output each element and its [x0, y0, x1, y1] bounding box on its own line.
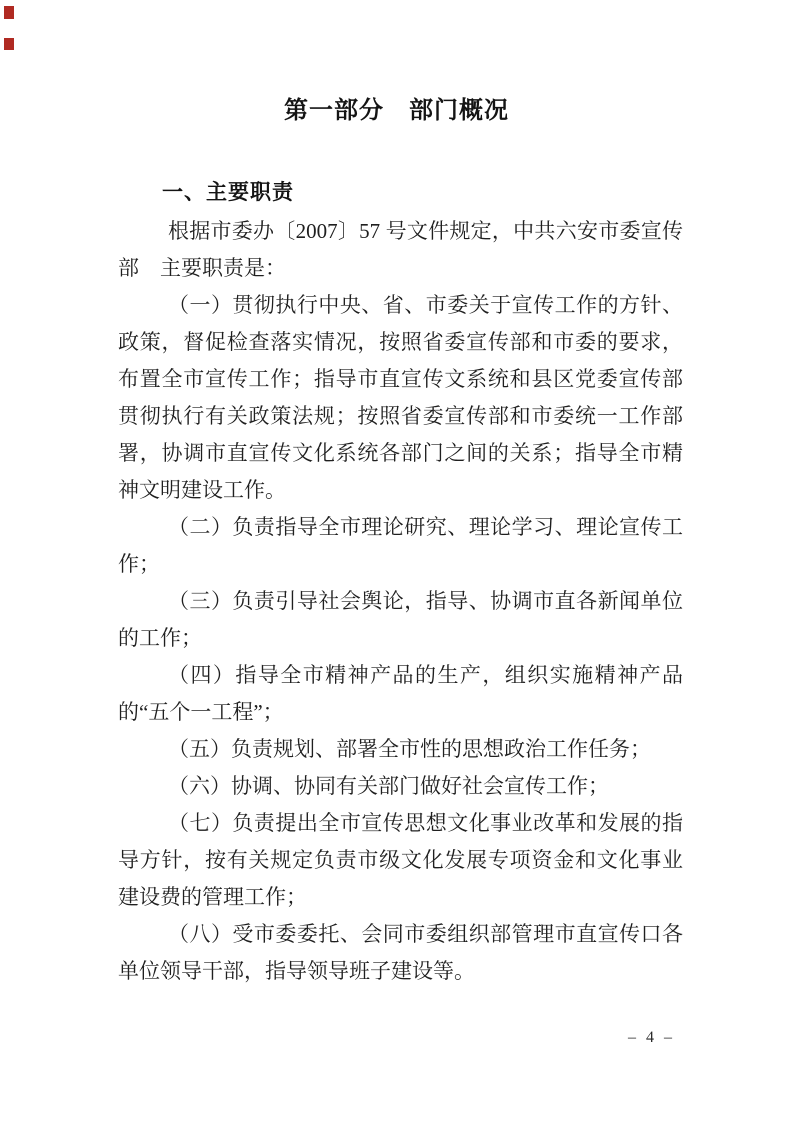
body-text: 根据市委办〔2007〕57 号文件规定，中共六安市委宣传部 主要职责是： （一）…	[118, 213, 683, 990]
body-paragraph-duty-5: （五）负责规划、部署全市性的思想政治工作任务；	[118, 731, 683, 768]
page-title: 第一部分 部门概况	[0, 95, 793, 127]
body-paragraph-duty-7: （七）负责提出全市宣传思想文化事业改革和发展的指导方针，按有关规定负责市级文化发…	[118, 805, 683, 916]
section-heading: 一、主要职责	[162, 181, 294, 205]
body-paragraph-duty-1: （一）贯彻执行中央、省、市委关于宣传工作的方针、政策，督促检查落实情况，按照省委…	[118, 287, 683, 509]
body-paragraph-duty-4: （四）指导全市精神产品的生产，组织实施精神产品的“五个一工程”；	[118, 657, 683, 731]
scan-artifact-red-mark-1	[4, 6, 14, 19]
body-paragraph-duty-3: （三）负责引导社会舆论，指导、协调市直各新闻单位的工作；	[118, 583, 683, 657]
body-paragraph-duty-6: （六）协调、协同有关部门做好社会宣传工作；	[118, 768, 683, 805]
document-page: 第一部分 部门概况 一、主要职责 根据市委办〔2007〕57 号文件规定，中共六…	[0, 0, 793, 1122]
body-paragraph-duty-8: （八）受市委委托、会同市委组织部管理市直宣传口各单位领导干部，指导领导班子建设等…	[118, 916, 683, 990]
body-paragraph-duty-2: （二）负责指导全市理论研究、理论学习、理论宣传工作；	[118, 509, 683, 583]
scan-artifact-red-mark-2	[4, 38, 14, 50]
page-number: – 4 –	[628, 1029, 675, 1047]
body-paragraph-intro: 根据市委办〔2007〕57 号文件规定，中共六安市委宣传部 主要职责是：	[118, 213, 683, 287]
